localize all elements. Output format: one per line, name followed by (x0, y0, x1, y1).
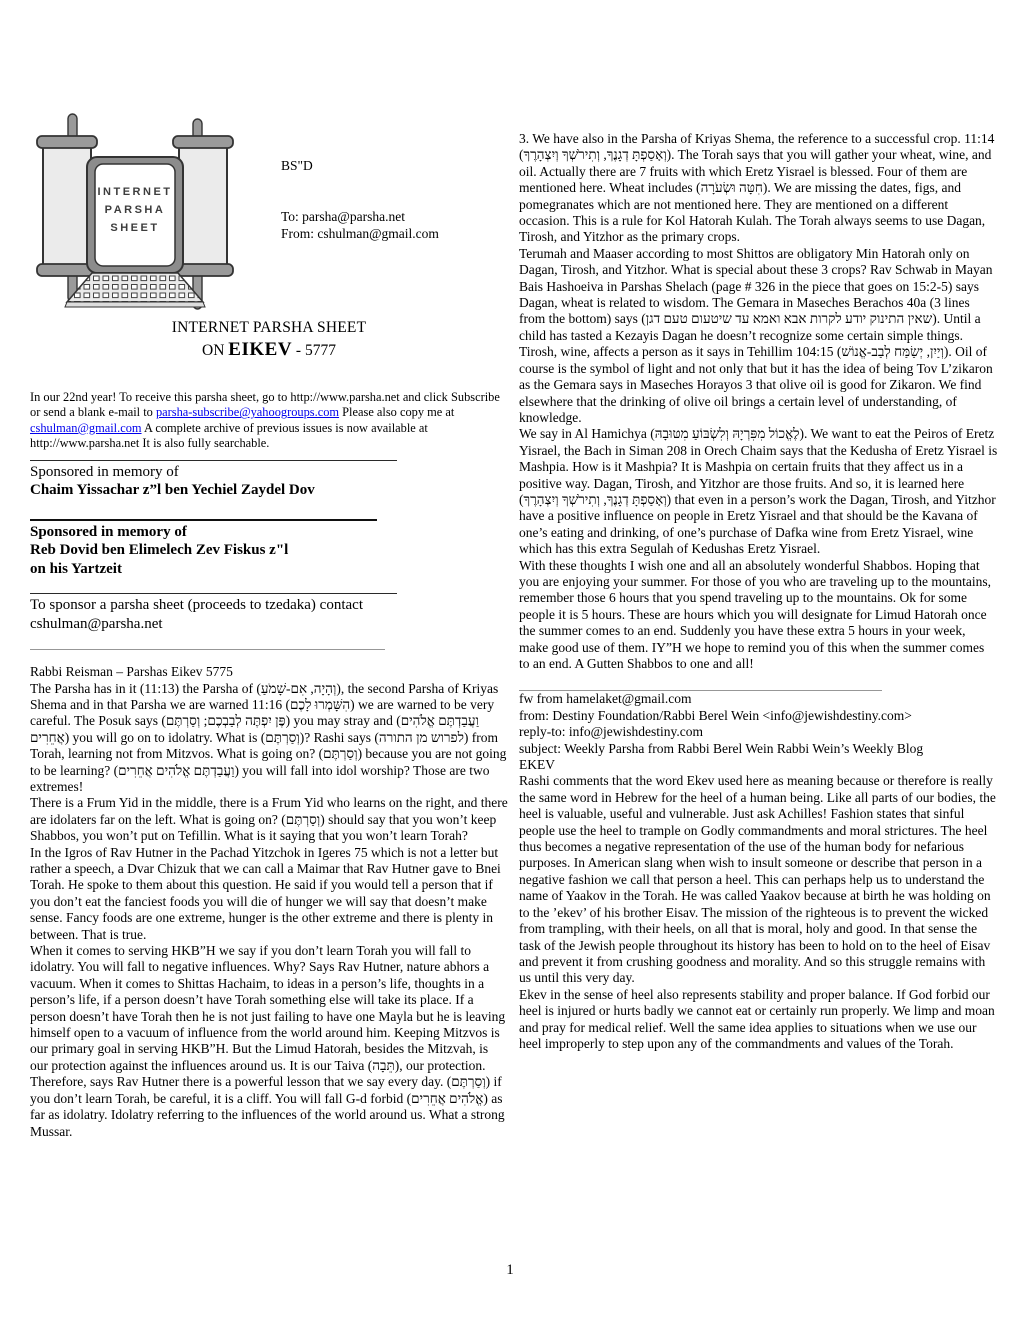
divider-bold (30, 519, 377, 521)
email-header-line: reply-to: info@jewishdestiny.com (519, 724, 998, 740)
subtitle-year: - 5777 (292, 342, 336, 359)
paragraph: Rashi comments that the word Ekev used h… (519, 773, 998, 986)
email-header-line: fw from hamelaket@gmail.com (519, 691, 998, 707)
paragraph: Therefore, says Rav Hutner there is a po… (30, 1074, 508, 1140)
left-column: In our 22nd year! To receive this parsha… (30, 390, 508, 1140)
paragraph: There is a Frum Yid in the middle, there… (30, 795, 508, 844)
keyboard-base (65, 302, 205, 307)
page-subtitle: ON EIKEV - 5777 (30, 339, 508, 361)
to-line: To: parsha@parsha.net (281, 209, 439, 226)
subscribe-email-link[interactable]: parsha-subscribe@yahoogroups.com (156, 405, 339, 419)
sponsor1-label: Sponsored in memory of (30, 463, 508, 482)
subscription-text-2: Please also copy me at (339, 405, 454, 419)
email-header-line: EKEV (519, 757, 998, 773)
logo-text-line1: INTERNET (98, 186, 173, 198)
paragraph: Terumah and Maaser according to most Shi… (519, 246, 998, 426)
bsd-line: BS"D (281, 158, 313, 174)
right-scroll-roller (179, 144, 227, 272)
page-number: 1 (0, 1262, 1020, 1279)
copy-email-link[interactable]: cshulman@gmail.com (30, 421, 142, 435)
sponsor2-name: Reb Dovid ben Elimelech Zev Fiskus z"l (30, 541, 508, 560)
paragraph: With these thoughts I wish one and all a… (519, 558, 998, 673)
paragraph: Ekev in the sense of heel also represent… (519, 987, 998, 1053)
paragraph: The Parsha has in it (11:13) the Parsha … (30, 681, 508, 796)
from-line: From: cshulman@gmail.com (281, 226, 439, 243)
article-heading: Rabbi Reisman – Parshas Eikev 5775 (30, 664, 508, 680)
torah-scroll-computer-icon: INTERNET PARSHA SHEET (35, 113, 235, 310)
logo-text-line2: PARSHA (105, 204, 166, 216)
divider (30, 460, 397, 461)
page-title: INTERNET PARSHA SHEET (30, 319, 508, 337)
left-scroll-roller (43, 144, 91, 272)
email-header-line: subject: Weekly Parsha from Rabbi Berel … (519, 741, 998, 757)
right-column: 3. We have also in the Parsha of Kriyas … (519, 131, 998, 1052)
divider-gray (30, 649, 385, 650)
keyboard-icon (67, 273, 203, 302)
email-header-line: from: Destiny Foundation/Rabbi Berel Wei… (519, 708, 998, 724)
paragraph: We say in Al Hamichya (לֶאֱכוֹל מִפִּרְי… (519, 426, 998, 557)
paragraph: 3. We have also in the Parsha of Kriyas … (519, 131, 998, 246)
sponsor1-name: Chaim Yissachar z”l ben Yechiel Zaydel D… (30, 481, 508, 500)
divider (30, 593, 397, 594)
document-page: INTERNET PARSHA SHEET BS"D To: parsha@pa… (0, 0, 1020, 1320)
parsha-name: EIKEV (228, 339, 292, 360)
sponsor2-label: Sponsored in memory of (30, 523, 508, 542)
internet-parsha-sheet-logo: INTERNET PARSHA SHEET (35, 113, 235, 310)
subscription-paragraph: In our 22nd year! To receive this parsha… (30, 390, 508, 452)
paragraph: In the Igros of Rav Hutner in the Pachad… (30, 845, 508, 943)
paragraph: When it comes to serving HKB”H we say if… (30, 943, 508, 1074)
logo-text-line3: SHEET (110, 222, 159, 234)
sponsor2-yartzeit: on his Yartzeit (30, 560, 508, 579)
subtitle-on: ON (202, 342, 228, 359)
sponsor-contact-text: To sponsor a parsha sheet (proceeds to t… (30, 596, 475, 633)
